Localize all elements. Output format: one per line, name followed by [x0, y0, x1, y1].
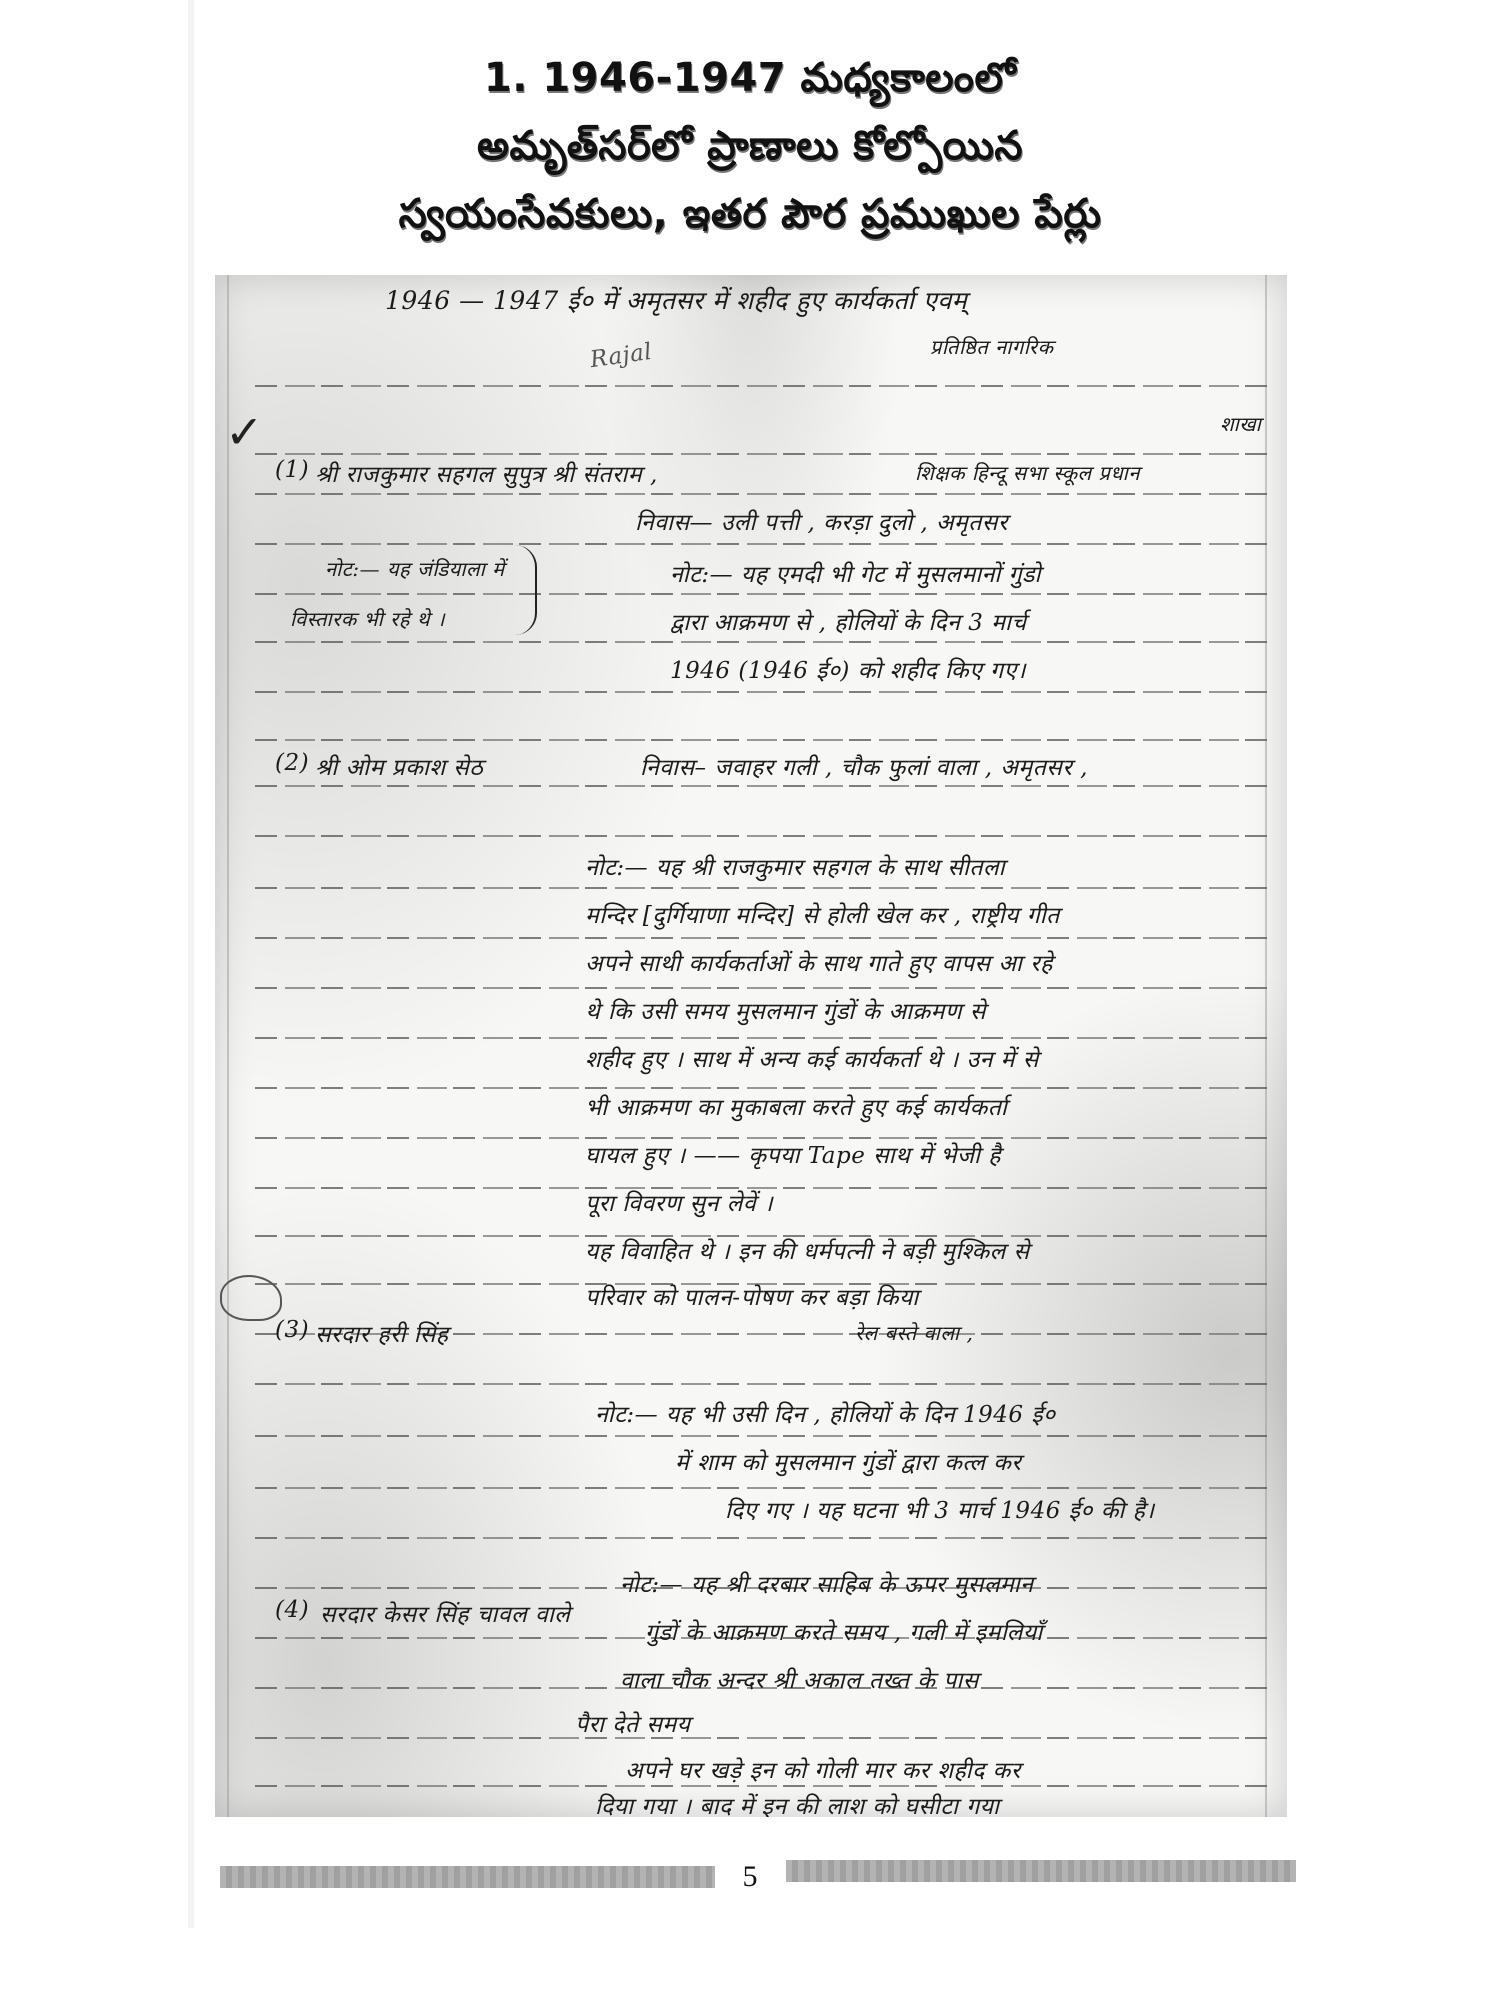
- ruled-line: [255, 1037, 1267, 1039]
- entry-3-note-1: नोट:— यह भी उसी दिन , होलियों के दिन 194…: [595, 1397, 1056, 1429]
- ruled-line: [255, 937, 1267, 939]
- entry-4-note-2: गुंडों के आक्रमण करते समय , गली में इमलि…: [645, 1615, 1043, 1647]
- entry-1-side-note-2: विस्तारक भी रहे थे ।: [290, 605, 445, 632]
- entry-1-margin-corner: शाखा: [1220, 410, 1261, 437]
- ruled-line: [255, 593, 1267, 595]
- ruled-line: [255, 1087, 1267, 1089]
- entry-2-note-1: नोट:— यह श्री राजकुमार सहगल के साथ सीतला: [585, 850, 1005, 882]
- ruled-line: [255, 453, 1267, 455]
- ruled-line: [255, 493, 1267, 495]
- entry-3-address: रेल बस्ते वाला ,: [855, 1319, 973, 1346]
- footer-bar-right: [786, 1860, 1296, 1882]
- bracket-mark: [515, 545, 537, 635]
- ruled-line: [255, 1383, 1267, 1385]
- entry-4-name: सरदार केसर सिंह चावल वाले: [320, 1597, 570, 1629]
- left-edge-line: [227, 275, 229, 1817]
- entry-4-number: (4): [275, 1597, 309, 1623]
- ruled-line: [255, 543, 1267, 545]
- entry-2-note-9: यह विवाहित थे । इन की धर्मपत्नी ने बड़ी …: [585, 1234, 1030, 1266]
- ruled-line: [255, 1737, 1267, 1739]
- entry-4-note-1: नोट:— यह श्री दरबार साहिब के ऊपर मुसलमान: [620, 1567, 1034, 1599]
- entry-1-note-1: नोट:— यह एमदी भी गेट में मुसलमानों गुंडो: [670, 557, 1041, 589]
- entry-2-note-7: घायल हुए । —— कृपया Tape साथ में भेजी है: [585, 1138, 1001, 1170]
- ruled-line: [255, 385, 1267, 387]
- entry-1-number: (1): [275, 457, 309, 483]
- manuscript-heading: 1946 — 1947 ई० में अमृतसर में शहीद हुए क…: [385, 283, 967, 317]
- entry-1-address: निवास— उली पत्ती , करड़ा दुलो , अमृतसर: [635, 505, 1008, 537]
- title-line-3: స్వయంసేవకులు, ఇతర పౌర ప్రముఖుల పేర్లు: [0, 180, 1500, 248]
- page-number: 5: [715, 1860, 785, 1894]
- page-title: 1. 1946-1947 మధ్యకాలంలో అమృత్‌సర్‌లో ప్ర…: [0, 44, 1500, 248]
- manuscript-scan: 1946 — 1947 ई० में अमृतसर में शहीद हुए क…: [215, 275, 1287, 1817]
- checkmark-icon: ✓: [225, 405, 264, 459]
- entry-4-note-4: पैरा देते समय: [575, 1707, 691, 1739]
- entry-3-note-2: में शाम को मुसलमान गुंडों द्वारा कत्ल कर: [675, 1445, 1021, 1477]
- ruled-line: [255, 785, 1267, 787]
- title-line-2: అమృత్‌సర్‌లో ప్రాణాలు కోల్పోయిన: [0, 112, 1500, 180]
- entry-2-address: निवास– जवाहर गली , चौक फुलां वाला , अमृत…: [640, 750, 1088, 782]
- ruled-line: [255, 1435, 1267, 1437]
- footer-bar-left: [220, 1866, 715, 1888]
- circle-annotation: [220, 1275, 282, 1321]
- entry-1-note-2: द्वारा आक्रमण से , होलियों के दिन 3 मार्…: [670, 605, 1027, 637]
- entry-4-note-3: वाला चौक अन्दर श्री अकाल तख्त के पास: [620, 1663, 979, 1695]
- entry-4-note-6: दिया गया । बाद में इन की लाश को घसीटा गय…: [595, 1789, 999, 1817]
- entry-2-note-10: परिवार को पालन-पोषण कर बड़ा किया: [585, 1280, 919, 1312]
- entry-2-number: (2): [275, 750, 309, 776]
- ruled-line: [255, 887, 1267, 889]
- entry-2-note-5: शहीद हुए । साथ में अन्य कई कार्यकर्ता थे…: [585, 1042, 1039, 1074]
- entry-2-name: श्री ओम प्रकाश सेठ: [315, 750, 483, 782]
- signature: Rajal: [588, 339, 653, 373]
- entry-2-note-6: भी आक्रमण का मुकाबला करते हुए कई कार्यकर…: [585, 1090, 1007, 1122]
- ruled-line: [255, 1537, 1267, 1539]
- title-line-1: 1. 1946-1947 మధ్యకాలంలో: [0, 44, 1500, 112]
- entry-3-number: (3): [275, 1317, 309, 1343]
- entry-1-name: श्री राजकुमार सहगल सुपुत्र श्री संतराम ,: [315, 457, 658, 489]
- entry-2-note-2: मन्दिर [दुर्गियाणा मन्दिर] से होली खेल क…: [585, 898, 1060, 930]
- entry-3-note-3: दिए गए । यह घटना भी 3 मार्च 1946 ई० की ह…: [725, 1493, 1155, 1525]
- entry-2-note-4: थे कि उसी समय मुसलमान गुंडों के आक्रमण स…: [585, 994, 986, 1026]
- entry-1-role: शिक्षक हिन्दू सभा स्कूल प्रधान: [915, 459, 1140, 486]
- ruled-line: [255, 641, 1267, 643]
- ruled-line: [255, 691, 1267, 693]
- entry-2-note-8: पूरा विवरण सुन लेवें ।: [585, 1186, 773, 1218]
- entry-1-side-note-1: नोट:— यह जंडियाला में: [325, 555, 505, 582]
- entry-1-note-3: 1946 (1946 ई०) को शहीद किए गए।: [670, 653, 1026, 685]
- right-margin-line: [1265, 275, 1267, 1817]
- ruled-line: [255, 739, 1267, 741]
- ruled-line: [255, 835, 1267, 837]
- ruled-line: [255, 1487, 1267, 1489]
- ruled-line: [255, 987, 1267, 989]
- ruled-line: [255, 1785, 1267, 1787]
- entry-4-note-5: अपने घर खड़े इन को गोली मार कर शहीद कर: [625, 1753, 1021, 1785]
- entry-2-note-3: अपने साथी कार्यकर्ताओं के साथ गाते हुए व…: [585, 946, 1053, 978]
- entry-3-name: सरदार हरी सिंह: [315, 1317, 448, 1349]
- manuscript-subheading: प्रतिष्ठित नागरिक: [930, 333, 1053, 360]
